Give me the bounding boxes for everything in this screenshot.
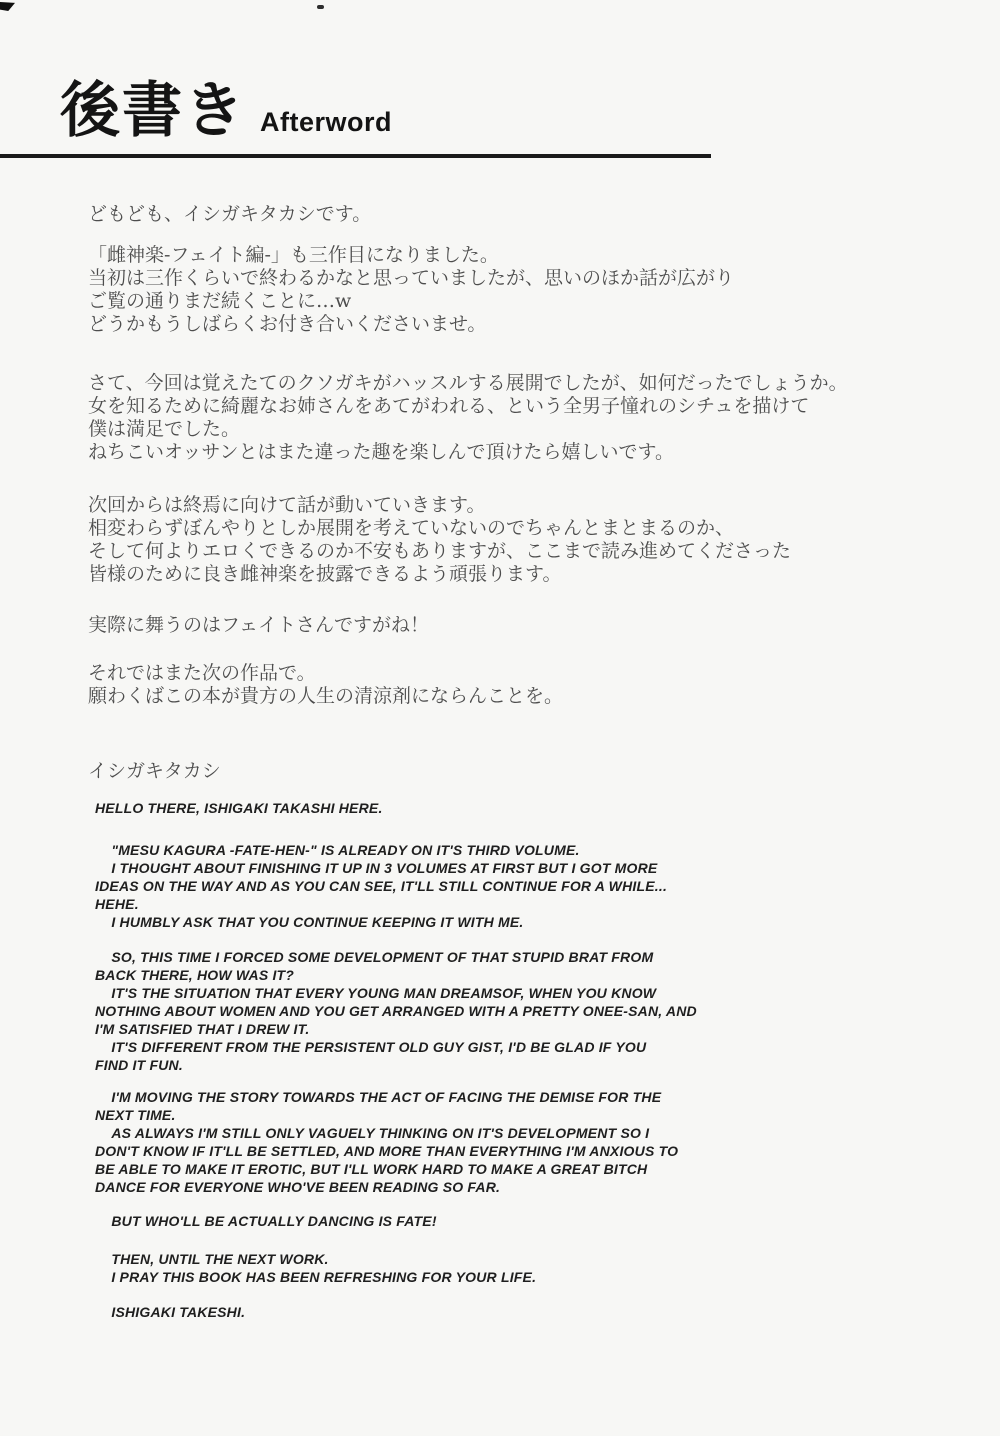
scan-artifact (0, 2, 15, 11)
page-title-japanese: 後書き (60, 78, 246, 144)
header-underline (0, 154, 711, 158)
japanese-paragraph: どもども、イシガキタカシです。 (88, 203, 938, 226)
japanese-paragraph: 次回からは終焉に向けて話が動いていきます。 相変わらずぼんやりとしか展開を考えて… (88, 494, 938, 586)
english-paragraph: I'M MOVING THE STORY TOWARDS THE ACT OF … (95, 1088, 885, 1196)
english-paragraph: SO, THIS TIME I FORCED SOME DEVELOPMENT … (95, 948, 885, 1074)
page-title-english: Afterword (260, 107, 392, 138)
japanese-paragraph: 「雌神楽-フェイト編-」も三作目になりました。 当初は三作くらいで終わるかなと思… (88, 244, 938, 336)
japanese-paragraph: それではまた次の作品で。 願わくばこの本が貴方の人生の清涼剤にならんことを。 (88, 662, 938, 708)
japanese-signature: イシガキタカシ (88, 760, 938, 783)
english-paragraph: "MESU KAGURA -FATE-HEN-" IS ALREADY ON I… (95, 841, 885, 931)
english-paragraph: THEN, UNTIL THE NEXT WORK. I PRAY THIS B… (95, 1250, 885, 1286)
english-paragraphs: HELLO THERE, ISHIGAKI TAKASHI HERE. "MES… (95, 799, 885, 1286)
scan-artifact (317, 5, 324, 9)
japanese-paragraphs: どもども、イシガキタカシです。「雌神楽-フェイト編-」も三作目になりました。 当… (88, 203, 938, 708)
afterword-page: 後書き Afterword どもども、イシガキタカシです。「雌神楽-フェイト編-… (0, 0, 1000, 1436)
page-header: 後書き Afterword (60, 78, 392, 144)
english-signature: ISHIGAKI TAKESHI. (95, 1303, 885, 1321)
japanese-paragraph: さて、今回は覚えたてのクソガキがハッスルする展開でしたが、如何だったでしょうか。… (88, 372, 938, 464)
japanese-afterword-text: どもども、イシガキタカシです。「雌神楽-フェイト編-」も三作目になりました。 当… (88, 203, 938, 783)
english-translation-text: HELLO THERE, ISHIGAKI TAKASHI HERE. "MES… (95, 799, 885, 1321)
english-paragraph: BUT WHO'LL BE ACTUALLY DANCING IS FATE! (95, 1212, 885, 1230)
english-paragraph: HELLO THERE, ISHIGAKI TAKASHI HERE. (95, 799, 885, 817)
japanese-paragraph: 実際に舞うのはフェイトさんですがね！ (88, 614, 938, 637)
